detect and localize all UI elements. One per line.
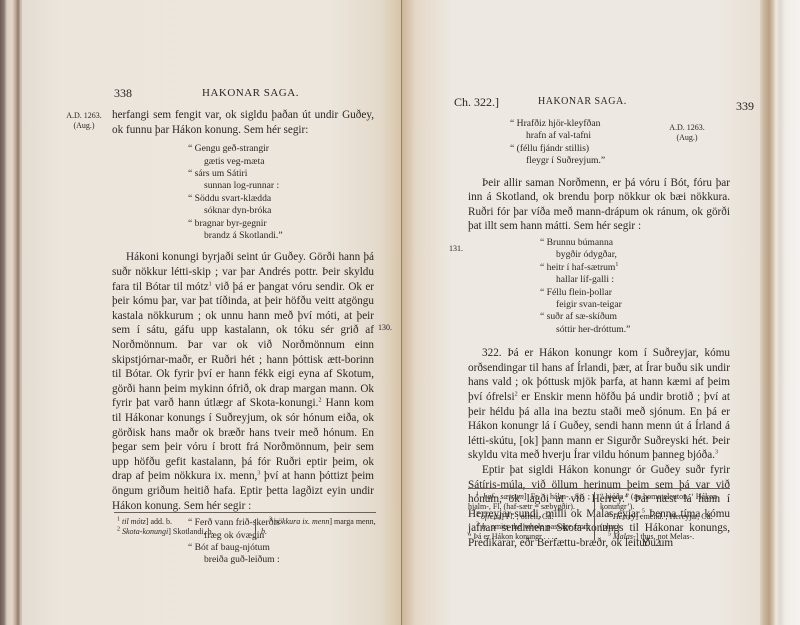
footnote-lemma: Herrey: [613, 512, 635, 521]
footnote-mark: 3: [269, 516, 272, 522]
right-page: Ch. 322.] HAKONAR SAGA. 339 A.D. 1263. (…: [402, 0, 760, 625]
verse-line: “ heitr í haf-sætrum1: [540, 262, 730, 274]
footnote-mark: 5: [608, 531, 611, 537]
footnote-mark: 1: [476, 491, 479, 497]
margin-number-left: 130.: [378, 323, 392, 332]
verse-line: “ bragnar byr-gegnir: [188, 218, 374, 230]
verse-line: feigir svan-teigar: [540, 299, 730, 311]
footnote-text: ] Skotlandi, b.: [168, 527, 213, 536]
verse-line: fleygr í Suðreyjum.”: [510, 155, 730, 167]
left-page: 338 HAKONAR SAGA. A.D. 1263. (Aug.) 130.…: [22, 0, 402, 625]
verse-line: “ Gengu geð-strangir: [188, 143, 374, 155]
verse-line: sunnan log-runnar :: [188, 180, 374, 192]
verse-line: hrafn af val-tafni: [510, 130, 730, 142]
verse-block: “ Hrafðiz hjör-kleyfðan hrafn af val-taf…: [510, 118, 730, 168]
sidenote-month: (Aug.): [58, 121, 110, 131]
footnote-text: ] Fl. ; ofreli, Cd.: [501, 512, 553, 521]
verse-line: sóttir her-dróttum.”: [540, 324, 730, 336]
verse-block: “ Gengu geð-strangir gætis veg-mæta “ sá…: [188, 143, 374, 242]
running-head-left: HAKONAR SAGA.: [202, 87, 299, 99]
verse-line: “ Féllu flein-þollar: [540, 287, 730, 299]
footnote-2: 2 Skota-konungi] Skotlandi, b.: [117, 527, 252, 537]
sidenote-year: A.D. 1263.: [58, 111, 110, 121]
right-body-text: “ Hrafðiz hjör-kleyfðan hrafn af val-taf…: [468, 118, 730, 551]
verse-line: “ suðr af sæ-skíðum: [540, 311, 730, 323]
margin-number-right: 131.: [449, 244, 463, 253]
paragraph: herfangi sem fengit var, ok sigldu þaðan…: [112, 108, 374, 137]
footnote-text: ] marga menn,: [329, 517, 375, 526]
verse-line: brandz á Skotlandi.”: [188, 230, 374, 242]
verse-line: “ sárs um Sátiri: [188, 168, 374, 180]
footnotes-right: 1 haf- sætrum] Fr. ; hálm-, St. ; hjalm-…: [468, 492, 730, 552]
book-edge-left: [0, 0, 22, 625]
footnote-mark: 2: [476, 511, 479, 517]
footnote-mark: 4: [608, 511, 611, 517]
verse-line: “ (féllu fjándr stillis): [510, 143, 730, 155]
running-head-right: HAKONAR SAGA.: [538, 96, 627, 107]
verse-text: “ heitr í haf-sætrum: [540, 262, 615, 273]
chapter-number: 322.: [482, 347, 502, 359]
footnote-1: 1 haf- sætrum] Fr. ; hálm-, St. ; hjalm-…: [468, 492, 590, 512]
footnote-2: 2 ófrelsi] Fl. ; ofreli, Cd.: [468, 512, 590, 522]
signature-mark: Y 2: [642, 538, 662, 549]
footnote-rule: [468, 488, 730, 489]
footnote-ref[interactable]: 1: [209, 281, 212, 287]
paragraph: Hákoni konungi byrjaði seint úr Guðey. G…: [112, 250, 374, 513]
footnote-mark: 1: [117, 516, 120, 522]
footnote-3: 3 nökkura ix. menn] marga menn,: [261, 517, 379, 527]
footnote-lemma: Malas-: [613, 532, 636, 541]
text-run: við þá er þangat vóru sendir. Ok er þeir…: [112, 281, 374, 410]
verse-line: gætis veg-mæta: [188, 156, 374, 168]
footnote-lemma: til mótz: [122, 517, 146, 526]
footnote-lemma: haf- sætrum: [483, 492, 524, 501]
footnote-column: 1 haf- sætrum] Fr. ; hálm-, St. ; hjalm-…: [468, 492, 590, 542]
footnote-continuation: “ bjóða ” (an homoteleuton, ‘ Hákon konu…: [600, 492, 730, 512]
footnote-4: 4 Herrey] emend. ; Hereyjar, Cd. (plur.): [600, 512, 730, 532]
footnote-column: 1 til mótz] add. b. 2 Skota-konungi] Sko…: [117, 517, 252, 537]
footnotes-left: 1 til mótz] add. b. 2 Skota-konungi] Sko…: [117, 517, 377, 547]
sidenote-date-left: A.D. 1263. (Aug.): [58, 111, 110, 131]
footnote-divider: [594, 492, 595, 540]
footnote-5: 5 Malas-] thus, not Melas-.: [600, 532, 730, 542]
chapter-reference: Ch. 322.]: [454, 95, 499, 110]
verse-line: breiða guð-leiðum :: [188, 554, 374, 566]
paragraph: Þeir allir saman Norðmenn, er þá vóru í …: [468, 176, 730, 234]
verse-line: sóknar dyn-bróka: [188, 205, 374, 217]
footnote-ref[interactable]: 1: [615, 262, 618, 268]
footnote-column: “ bjóða ” (an homoteleuton, ‘ Hákon konu…: [600, 492, 730, 542]
footnote-rule: [114, 512, 376, 513]
footnote-continuation: b.: [261, 527, 379, 537]
verse-line: bygðir ódygðar,: [540, 249, 730, 261]
book-edge-right: [760, 0, 800, 625]
page-number-left: 338: [114, 86, 132, 101]
footnote-lemma: Skota-konungi: [122, 527, 168, 536]
footnote-divider: [255, 519, 256, 539]
page-number-right: 339: [736, 99, 754, 114]
verse-line: hallar líf-galli :: [540, 274, 730, 286]
footnote-3: 3 b. omits the whole passage from “ Þá e…: [468, 522, 590, 542]
verse-line: “ Söddu svart-klædda: [188, 193, 374, 205]
verse-line: “ Hrafðiz hjör-kleyfðan: [510, 118, 730, 130]
footnote-1: 1 til mótz] add. b.: [117, 517, 252, 527]
footnote-lemma: nökkura ix. menn: [274, 517, 329, 526]
footnote-lemma: ófrelsi: [481, 512, 501, 521]
footnote-column: 3 nökkura ix. menn] marga menn, b.: [261, 517, 379, 537]
footnote-ref[interactable]: 3: [715, 450, 718, 456]
left-body-text: herfangi sem fengit var, ok sigldu þaðan…: [112, 108, 374, 572]
footnote-mark: 3: [476, 521, 479, 527]
verse-line: “ Brunnu búmanna: [540, 237, 730, 249]
footnote-text: ] add. b.: [146, 517, 172, 526]
paragraph-chapter-322: 322. Þá er Hákon konungr kom í Suðreyjar…: [468, 346, 730, 463]
verse-block: “ Brunnu búmanna bygðir ódygðar, “ heitr…: [540, 237, 730, 336]
footnote-mark: 2: [117, 526, 120, 532]
